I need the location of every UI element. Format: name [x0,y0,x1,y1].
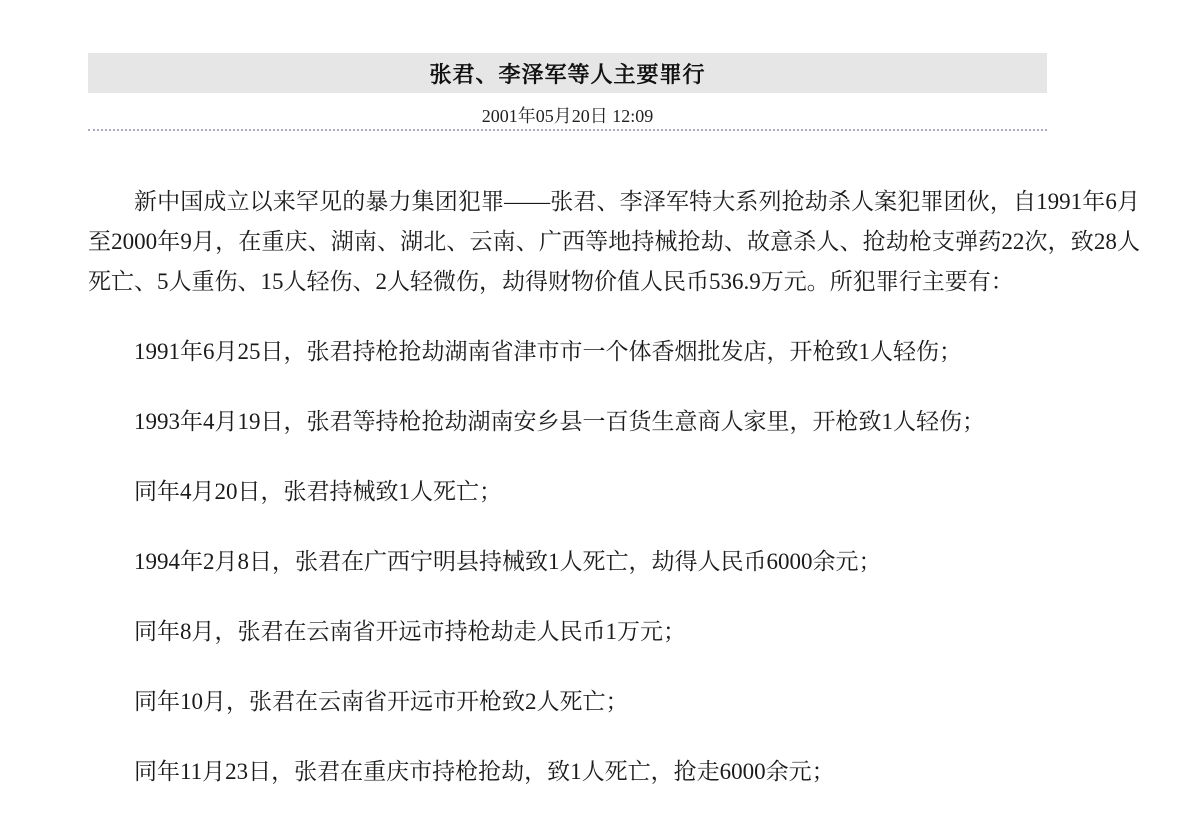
intro-paragraph: 新中国成立以来罕见的暴力集团犯罪——张君、李泽军特大系列抢劫杀人案犯罪团伙，自1… [88,182,1140,302]
crime-item: 1991年6月25日，张君持枪抢劫湖南省津市市一个体香烟批发店，开枪致1人轻伤； [88,332,1140,372]
crime-item: 同年8月，张君在云南省开远市持枪劫走人民币1万元； [88,612,1140,652]
article-date: 2001年05月20日 12:09 [88,102,1047,128]
article-body: 新中国成立以来罕见的暴力集团犯罪——张君、李泽军特大系列抢劫杀人案犯罪团伙，自1… [88,182,1140,819]
article-page: 张君、李泽军等人主要罪行 2001年05月20日 12:09 新中国成立以来罕见… [0,0,1200,819]
crime-item: 同年11月23日，张君在重庆市持枪抢劫，致1人死亡，抢走6000余元； [88,752,1140,792]
crime-item: 同年4月20日，张君持械致1人死亡； [88,472,1140,512]
crime-item: 1994年2月8日，张君在广西宁明县持械致1人死亡，劫得人民币6000余元； [88,542,1140,582]
article-title: 张君、李泽军等人主要罪行 [429,58,705,89]
crime-item: 1993年4月19日，张君等持枪抢劫湖南安乡县一百货生意商人家里，开枪致1人轻伤… [88,402,1140,442]
dotted-separator [88,129,1047,131]
crime-item: 同年10月，张君在云南省开远市开枪致2人死亡； [88,682,1140,722]
article-title-bar: 张君、李泽军等人主要罪行 [88,53,1047,93]
